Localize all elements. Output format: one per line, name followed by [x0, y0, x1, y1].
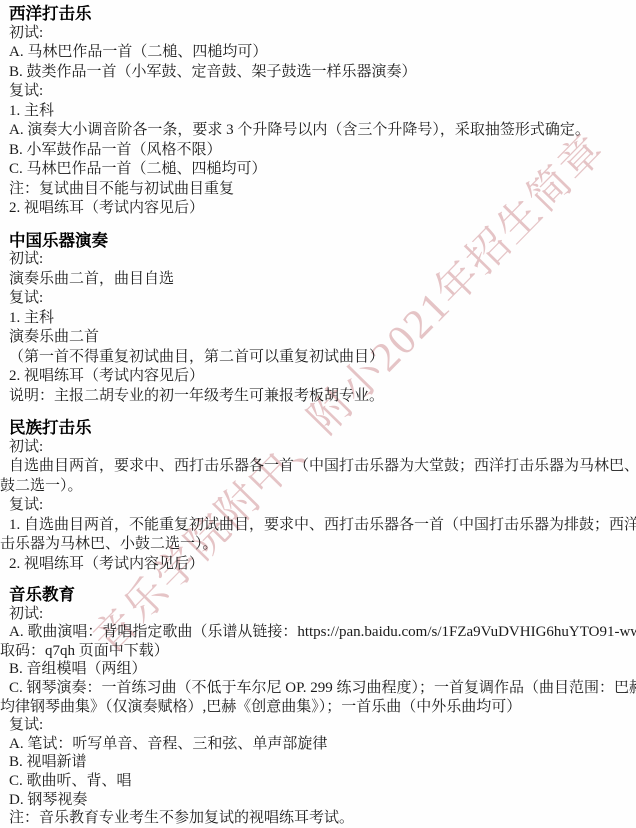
text-line: B. 音组模唱（两组） [9, 660, 636, 679]
section: 民族打击乐初试:自选曲目两首，要求中、西打击乐器各一首（中国打击乐器为大堂鼓；西… [9, 418, 636, 574]
section: 西洋打击乐初试:A. 马林巴作品一首（二槌、四槌均可）B. 鼓类作品一首（小军鼓… [9, 4, 636, 219]
text-line: B. 视唱新谱 [9, 753, 636, 772]
section-heading: 音乐教育 [9, 586, 636, 605]
text-line: C. 钢琴演奏：一首练习曲（不低于车尔尼 OP. 299 练习曲程度）；一首复调… [9, 679, 636, 698]
text-line: A. 歌曲演唱：背唱指定歌曲（乐谱从链接：https://pan.baidu.c… [9, 623, 636, 642]
text-line: 注：音乐教育专业考生不参加复试的视唱练耳考试。 [9, 809, 636, 828]
text-line: 复试: [9, 496, 636, 516]
text-line: C. 歌曲听、背、唱 [9, 772, 636, 791]
text-line: A. 马林巴作品一首（二槌、四槌均可） [9, 43, 636, 63]
text-line: 复试: [9, 289, 636, 309]
section: 音乐教育初试:A. 歌曲演唱：背唱指定歌曲（乐谱从链接：https://pan.… [9, 586, 636, 828]
text-line: B. 鼓类作品一首（小军鼓、定音鼓、架子鼓选一样乐器演奏） [9, 63, 636, 83]
text-line: 初试: [9, 605, 636, 624]
text-line: 演奏乐曲二首 [9, 328, 636, 348]
text-line: 2. 视唱练耳（考试内容见后） [9, 367, 636, 387]
section-heading: 中国乐器演奏 [9, 231, 636, 251]
text-line: 鼓二选一）。 [0, 477, 636, 497]
text-line: 自选曲目两首，要求中、西打击乐器各一首（中国打击乐器为大堂鼓；西洋打击乐器为马林… [9, 457, 636, 477]
text-line: A. 演奏大小调音阶各一条，要求 3 个升降号以内（含三个升降号），采取抽签形式… [9, 121, 636, 141]
text-line: 初试: [9, 438, 636, 458]
text-line: 1. 主科 [9, 102, 636, 122]
text-line: 初试: [9, 24, 636, 44]
document-body: 西洋打击乐初试:A. 马林巴作品一首（二槌、四槌均可）B. 鼓类作品一首（小军鼓… [0, 0, 636, 828]
text-line: 注：复试曲目不能与初试曲目重复 [9, 180, 636, 200]
text-line: 击乐器为马林巴、小鼓二选一）。 [0, 535, 636, 555]
text-line: 说明：主报二胡专业的初一年级考生可兼报考板胡专业。 [9, 387, 636, 407]
text-line: B. 小军鼓作品一首（风格不限） [9, 141, 636, 161]
section-heading: 西洋打击乐 [9, 4, 636, 24]
text-line: 2. 视唱练耳（考试内容见后） [9, 199, 636, 219]
text-line: 1. 自选曲目两首，不能重复初试曲目，要求中、西打击乐器各一首（中国打击乐器为排… [9, 516, 636, 536]
text-line: （第一首不得重复初试曲目，第二首可以重复初试曲目） [9, 348, 636, 368]
text-line: A. 笔试：听写单音、音程、三和弦、单声部旋律 [9, 735, 636, 754]
text-line: D. 钢琴视奏 [9, 791, 636, 810]
text-line: C. 马林巴作品一首（二槌、四槌均可） [9, 160, 636, 180]
section-heading: 民族打击乐 [9, 418, 636, 438]
text-line: 初试: [9, 250, 636, 270]
document-page: 音乐学院附中、附小2021年招生简章 西洋打击乐初试:A. 马林巴作品一首（二槌… [0, 0, 636, 828]
text-line: 复试: [9, 82, 636, 102]
text-line: 均律钢琴曲集》（仅演奏赋格）,巴赫《创意曲集》）；一首乐曲（中外乐曲均可） [0, 698, 636, 717]
section: 中国乐器演奏初试:演奏乐曲二首，曲目自选复试:1. 主科演奏乐曲二首（第一首不得… [9, 231, 636, 407]
text-line: 2. 视唱练耳（考试内容见后） [9, 555, 636, 575]
text-line: 复试: [9, 716, 636, 735]
text-line: 1. 主科 [9, 309, 636, 329]
text-line: 演奏乐曲二首，曲目自选 [9, 270, 636, 290]
text-line: 取码：q7qh 页面中下载） [0, 642, 636, 661]
